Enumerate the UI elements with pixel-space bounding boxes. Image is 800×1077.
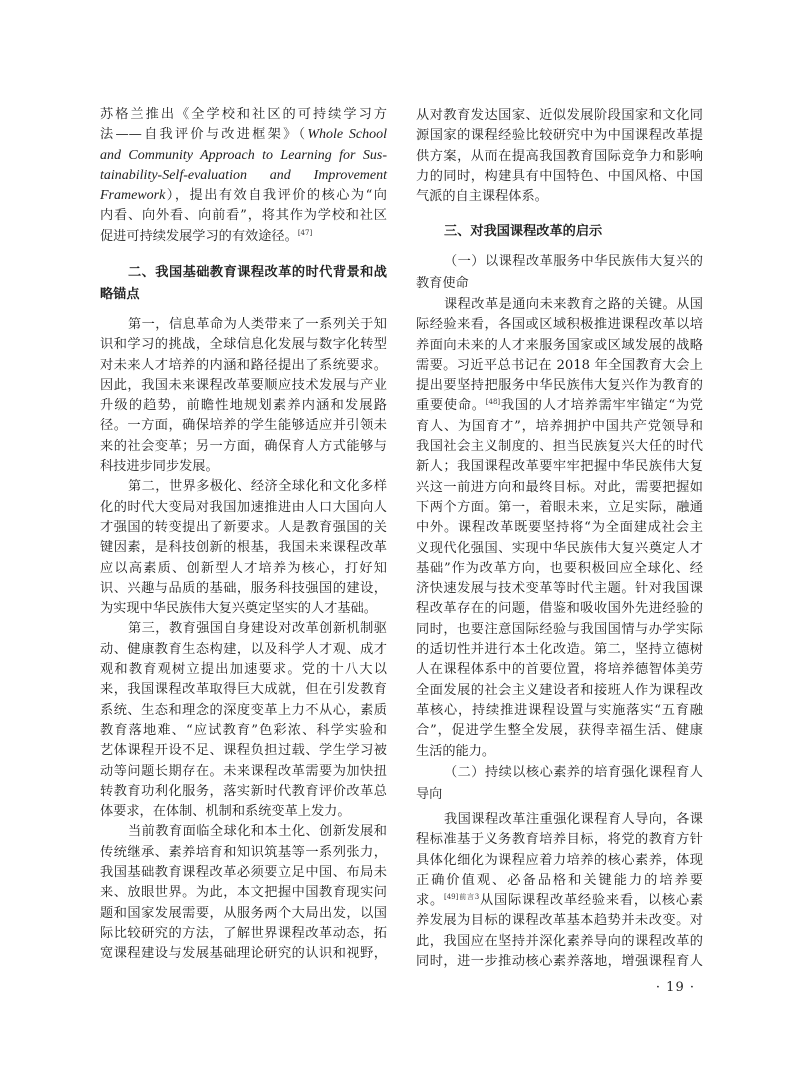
text-line: 人在课程体系中的首要位置，将培养德智体美劳 [416, 660, 703, 680]
text-line: 力的同时，构建具有中国特色、中国风格、中国 [416, 167, 703, 187]
citation-reference: [48] [486, 398, 500, 406]
text-line: Framework），提出有效自我评价的核心为“向 [100, 186, 387, 206]
text-line: 程标准基于义务教育培养目标，将党的教育方针 [416, 830, 703, 850]
text-line: 键因素，是科技创新的根基，我国未来课程改革 [100, 538, 387, 558]
text-line: 从对教育发达国家、近似发展阶段国家和文化同 [416, 106, 703, 126]
text-line: 教育落地难、“应试教育”色彩浓、科学实验和 [100, 721, 387, 741]
subsection-heading: （二）持续以核心素养的培育强化课程育人 导向 [416, 762, 703, 805]
paragraph: 第二，世界多极化、经济全球化和文化多样 化的时代大变局对我国加速推进由人口大国向… [100, 477, 387, 619]
section-heading: 三、对我国课程改革的启示 [416, 222, 703, 242]
text-line: 此，我国应在坚持并深化素养导向的课程改革的 [416, 932, 703, 952]
paragraph: 课程改革是通向未来教育之路的关键。从国 际经验来看，各国或区域积极推进课程改革以… [416, 295, 703, 762]
citation-reference: [49]前言3 [444, 893, 479, 901]
text-line: 来的社会变革；另一方面，确保育人方式能够与 [100, 437, 387, 457]
text-line: 养发展为目标的课程改革基本趋势并未改变。对 [416, 911, 703, 931]
text-line: 际经验来看，各国或区域积极推进课程改革以培 [416, 315, 703, 335]
english-title-line: and Community Approach to Learning for S… [100, 146, 387, 166]
english-title-segment: Framework [100, 188, 165, 203]
text-line: 当前教育面临全球化和本土化、创新发展和 [100, 822, 387, 842]
subheading-line: 导向 [416, 784, 703, 806]
text-line: 我国课程改革注重强化课程育人导向，各课 [416, 810, 703, 830]
paragraph: 第三，教育强国自身建设对改革创新机制驱 动、健康教育生态构建，以及科学人才观、成… [100, 619, 387, 822]
english-title-line: tainability-Self-evaluation and Improvem… [100, 166, 387, 186]
text-line: 具体化细化为课程应着力培养的核心素养，体现 [416, 851, 703, 871]
text-line: 济快速发展与技术变革等时代主题。针对我国课 [416, 579, 703, 599]
text-segment: 重要使命。 [416, 398, 486, 413]
heading-line: 略锚点 [100, 284, 387, 306]
text-segment: 法——自我评价与改进框架》（ [100, 127, 307, 142]
text-line: 兴这一前进方向和最终目标。对此，需要把握如 [416, 478, 703, 498]
text-line: 观和教育观树立提出加速要求。党的十八大以 [100, 660, 387, 680]
text-line: 需要。习近平总书记在 2018 年全国教育大会上 [416, 356, 703, 376]
text-line: 程改革存在的问题，借鉴和吸收国外先进经验的 [416, 599, 703, 619]
text-segment: 促进可持续发展学习的有效途径。 [100, 229, 298, 244]
text-line: 体要求，在体制、机制和系统变革上发力。 [100, 802, 387, 822]
subheading-line: （一）以课程改革服务中华民族伟大复兴的 [416, 251, 703, 273]
text-line: 径。一方面，确保培养的学生能够适应并引领未 [100, 416, 387, 436]
text-line: 因此，我国未来课程改革要顺应技术发展与产业 [100, 376, 387, 396]
text-line: 同时，进一步推动核心素养落地，增强课程育人 [416, 952, 703, 972]
text-line: 识和学习的挑战，全球信息化发展与数字化转型 [100, 335, 387, 355]
text-line: 的适切性并进行本土化改造。第二，坚持立德树 [416, 640, 703, 660]
text-line: 重要使命。[48]我国的人才培养需牢牢锚定“为党 [416, 396, 703, 416]
paragraph: 当前教育面临全球化和本土化、创新发展和 传统继承、素养培育和知识筑基等一系列张力… [100, 822, 387, 964]
paragraph: 第一，信息革命为人类带来了一系列关于知 识和学习的挑战，全球信息化发展与数字化转… [100, 315, 387, 477]
text-line: 转教育功利化服务，落实新时代教育评价改革总 [100, 782, 387, 802]
journal-page: 苏格兰推出《全学校和社区的可持续学习方 法——自我评价与改进框架》（Whole … [0, 0, 800, 1077]
text-line: 识、兴趣与品质的基础，服务科技强国的建设， [100, 579, 387, 599]
text-line: 革核心，持续推进课程设置与实施落实“五育融 [416, 701, 703, 721]
paragraph-continued: 苏格兰推出《全学校和社区的可持续学习方 法——自我评价与改进框架》（Whole … [100, 105, 387, 247]
text-line: 求。[49]前言3从国际课程改革经验来看，以核心素 [416, 891, 703, 911]
text-line: 传统继承、素养培育和知识筑基等一系列张力， [100, 843, 387, 863]
page-number: · 19 · [656, 980, 695, 996]
text-line: 题和国家发展需要，从服务两个大局出发，以国 [100, 904, 387, 924]
text-line: 为实现中华民族伟大复兴奠定坚实的人才基础。 [100, 599, 387, 619]
text-line: 动等问题长期存在。未来课程改革需要为加快扭 [100, 762, 387, 782]
text-line: 源国家的课程经验比较研究中为中国课程改革提 [416, 126, 703, 146]
text-line: 同时，也要注意国际经验与我国国情与办学实际 [416, 620, 703, 640]
text-line: 气派的自主课程体系。 [416, 187, 703, 207]
text-segment: 从国际课程改革经验来看，以核心素 [479, 893, 703, 908]
body-text: 第一，信息革命为人类带来了一系列关于知 识和学习的挑战，全球信息化发展与数字化转… [100, 315, 387, 965]
text-line: 基础”作为改革方向，也要积极回应全球化、经 [416, 559, 703, 579]
text-line: 提出要坚持把服务中华民族伟大复兴作为教育的 [416, 376, 703, 396]
text-line: 内看、向外看、向前看”，将其作为学校和社区 [100, 206, 387, 226]
text-line: 升级的趋势，前瞻性地规划素养内涵和发展路 [100, 396, 387, 416]
text-line: 中外。课程改革既要坚持将“为全面建成社会主 [416, 518, 703, 538]
heading-line: 三、对我国课程改革的启示 [416, 222, 703, 242]
subheading-line: （二）持续以核心素养的培育强化课程育人 [416, 762, 703, 784]
text-line: 化的时代大变局对我国加速推进由人口大国向人 [100, 498, 387, 518]
text-line: 正确价值观、必备品格和关键能力的培养要 [416, 871, 703, 891]
text-line: 际比较研究的方法，了解世界课程改革动态，拓 [100, 924, 387, 944]
text-line: 宽课程建设与发展基础理论研究的认识和视野， [100, 944, 387, 964]
text-line: 全面发展的社会主义建设者和接班人作为课程改 [416, 681, 703, 701]
paragraph-continued: 从对教育发达国家、近似发展阶段国家和文化同 源国家的课程经验比较研究中为中国课程… [416, 106, 703, 207]
text-line: 来，我国课程改革取得巨大成就，但在引发教育 [100, 680, 387, 700]
text-line: 法——自我评价与改进框架》（Whole School [100, 125, 387, 145]
text-line: 课程改革是通向未来教育之路的关键。从国 [416, 295, 703, 315]
text-line: 第一，信息革命为人类带来了一系列关于知 [100, 315, 387, 335]
text-line: 我国社会主义制度的、担当民族复兴大任的时代 [416, 437, 703, 457]
subheading-line: 教育使命 [416, 273, 703, 295]
text-segment: ），提出有效自我评价的核心为“向 [165, 188, 387, 203]
text-line: 义现代化强国、实现中华民族伟大复兴奠定人才 [416, 539, 703, 559]
text-line: 科技进步同步发展。 [100, 457, 387, 477]
text-line: 对未来人才培养的内涵和路径提出了系统要求。 [100, 356, 387, 376]
subsection-heading: （一）以课程改革服务中华民族伟大复兴的 教育使命 [416, 251, 703, 294]
text-line: 动、健康教育生态构建，以及科学人才观、成才 [100, 640, 387, 660]
text-line: 系统、生态和理念的深度变革上力不从心，素质 [100, 701, 387, 721]
text-line: 我国基础教育课程改革必须要立足中国、布局未 [100, 863, 387, 883]
text-line: 促进可持续发展学习的有效途径。[47] [100, 227, 387, 247]
text-line: 第二，世界多极化、经济全球化和文化多样 [100, 477, 387, 497]
text-line: 下两个方面。第一，着眼未来，立足实际，融通 [416, 498, 703, 518]
text-line: 来、放眼世界。为此，本文把握中国教育现实问 [100, 883, 387, 903]
text-line: 生活的能力。 [416, 742, 703, 762]
text-line: 新人；我国课程改革要牢牢把握中华民族伟大复 [416, 457, 703, 477]
english-title-segment: Whole School [307, 127, 387, 142]
citation-reference: [47] [298, 229, 312, 237]
paragraph: 我国课程改革注重强化课程育人导向，各课 程标准基于义务教育培养目标，将党的教育方… [416, 810, 703, 972]
heading-line: 二、我国基础教育课程改革的时代背景和战 [100, 262, 387, 284]
text-line: 育人、为国育才”，培养拥护中国共产党领导和 [416, 417, 703, 437]
text-segment: 我国的人才培养需牢牢锚定“为党 [500, 398, 703, 413]
text-segment: 求。 [416, 893, 444, 908]
text-line: 苏格兰推出《全学校和社区的可持续学习方 [100, 105, 387, 125]
text-line: 供方案，从而在提高我国教育国际竞争力和影响 [416, 147, 703, 167]
text-line: 第三，教育强国自身建设对改革创新机制驱 [100, 619, 387, 639]
text-line: 合”，促进学生整全发展，获得幸福生活、健康 [416, 721, 703, 741]
text-line: 应以高素质、创新型人才培养为核心，打好知 [100, 559, 387, 579]
text-line: 养面向未来的人才来服务国家或区域发展的战略 [416, 336, 703, 356]
text-line: 才强国的转变提出了新要求。人是教育强国的关 [100, 518, 387, 538]
section-heading: 二、我国基础教育课程改革的时代背景和战 略锚点 [100, 262, 387, 306]
text-line: 艺体课程开设不足、课程负担过载、学生学习被 [100, 741, 387, 761]
